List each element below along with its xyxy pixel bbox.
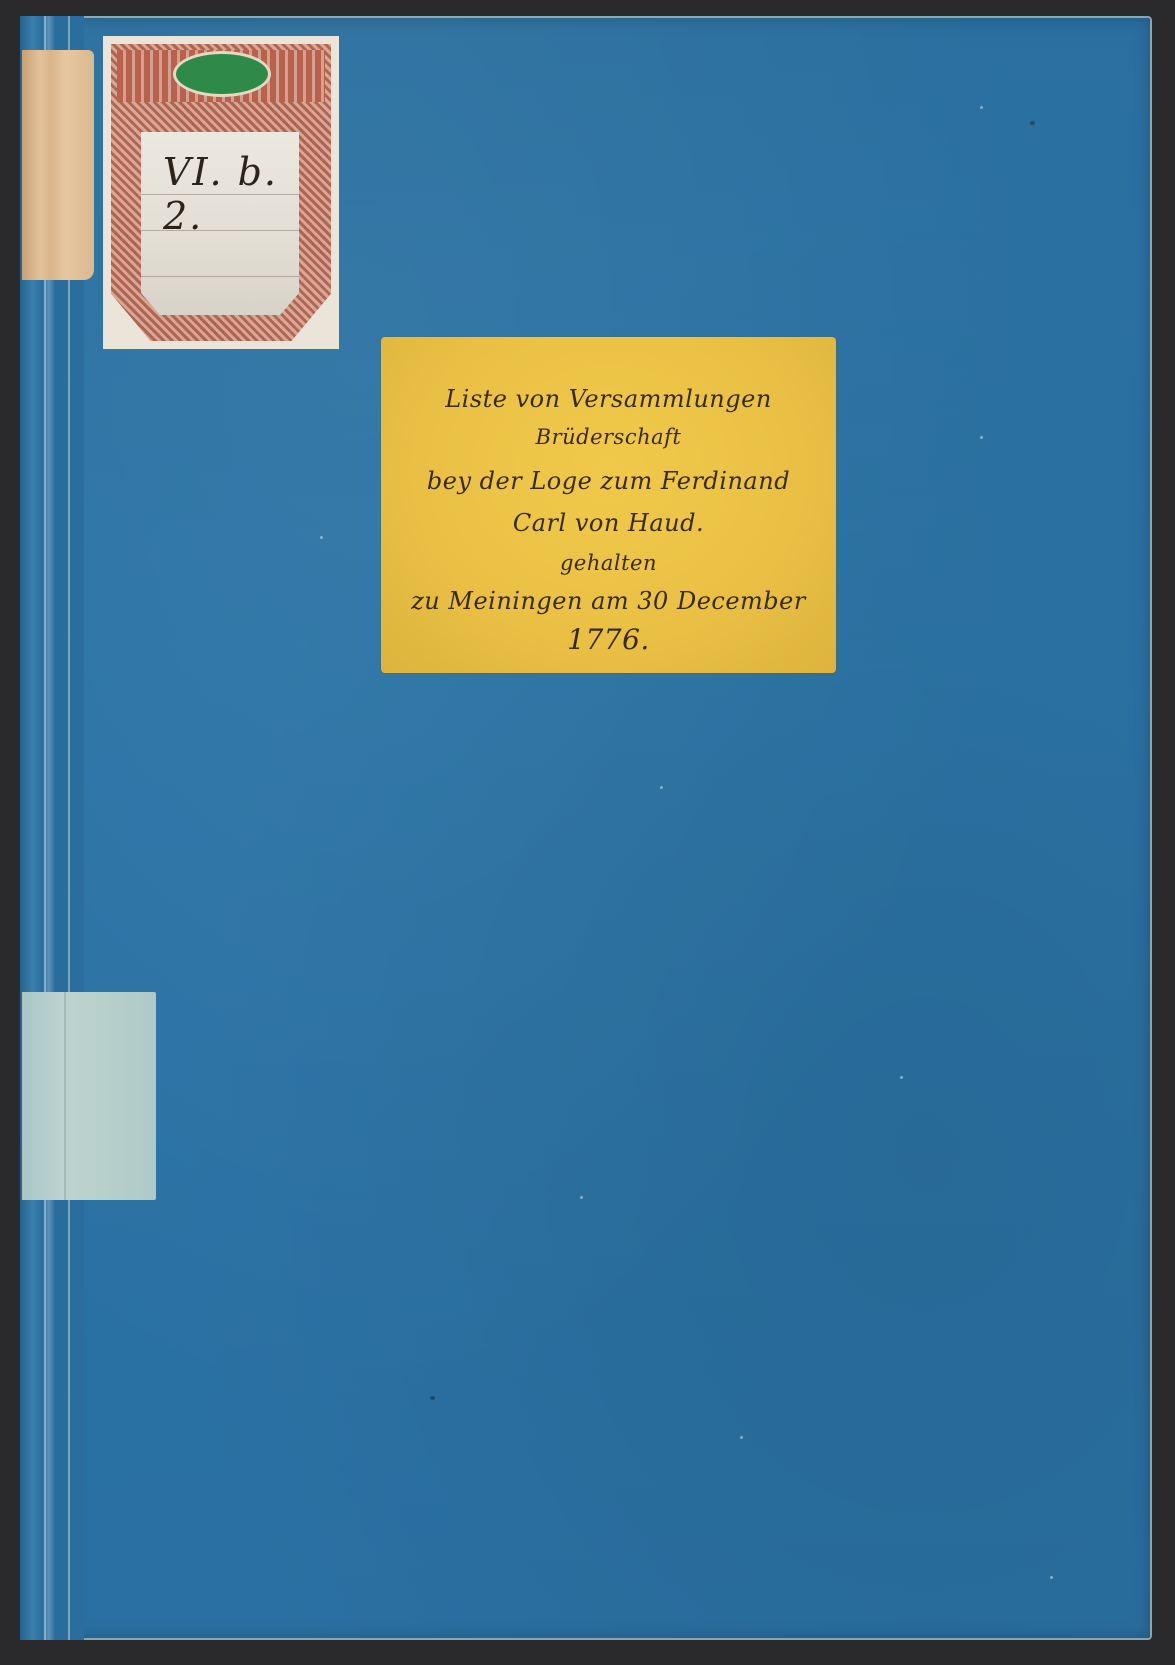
title-line-3: bey der Loge zum Ferdinand bbox=[381, 467, 836, 495]
title-label: Liste von Versammlungen Brüderschaft bey… bbox=[381, 337, 836, 673]
title-line-6: zu Meiningen am 30 December bbox=[381, 587, 836, 615]
title-line-5: gehalten bbox=[381, 551, 836, 575]
spine-tape-top bbox=[22, 50, 94, 280]
shelf-label-oval bbox=[176, 54, 268, 94]
rule-line bbox=[141, 276, 299, 277]
shelf-label-field: VI. b. 2. bbox=[141, 132, 299, 315]
tape-crease bbox=[64, 992, 66, 1200]
title-line-7: 1776. bbox=[381, 623, 836, 656]
title-line-1: Liste von Versammlungen bbox=[381, 385, 836, 413]
shelf-label: VI. b. 2. bbox=[103, 36, 339, 349]
title-line-4: Carl von Haud. bbox=[381, 509, 836, 537]
title-line-2: Brüderschaft bbox=[381, 425, 836, 449]
shelfmark: VI. b. 2. bbox=[163, 150, 299, 238]
spine-tape-bottom bbox=[22, 992, 156, 1200]
